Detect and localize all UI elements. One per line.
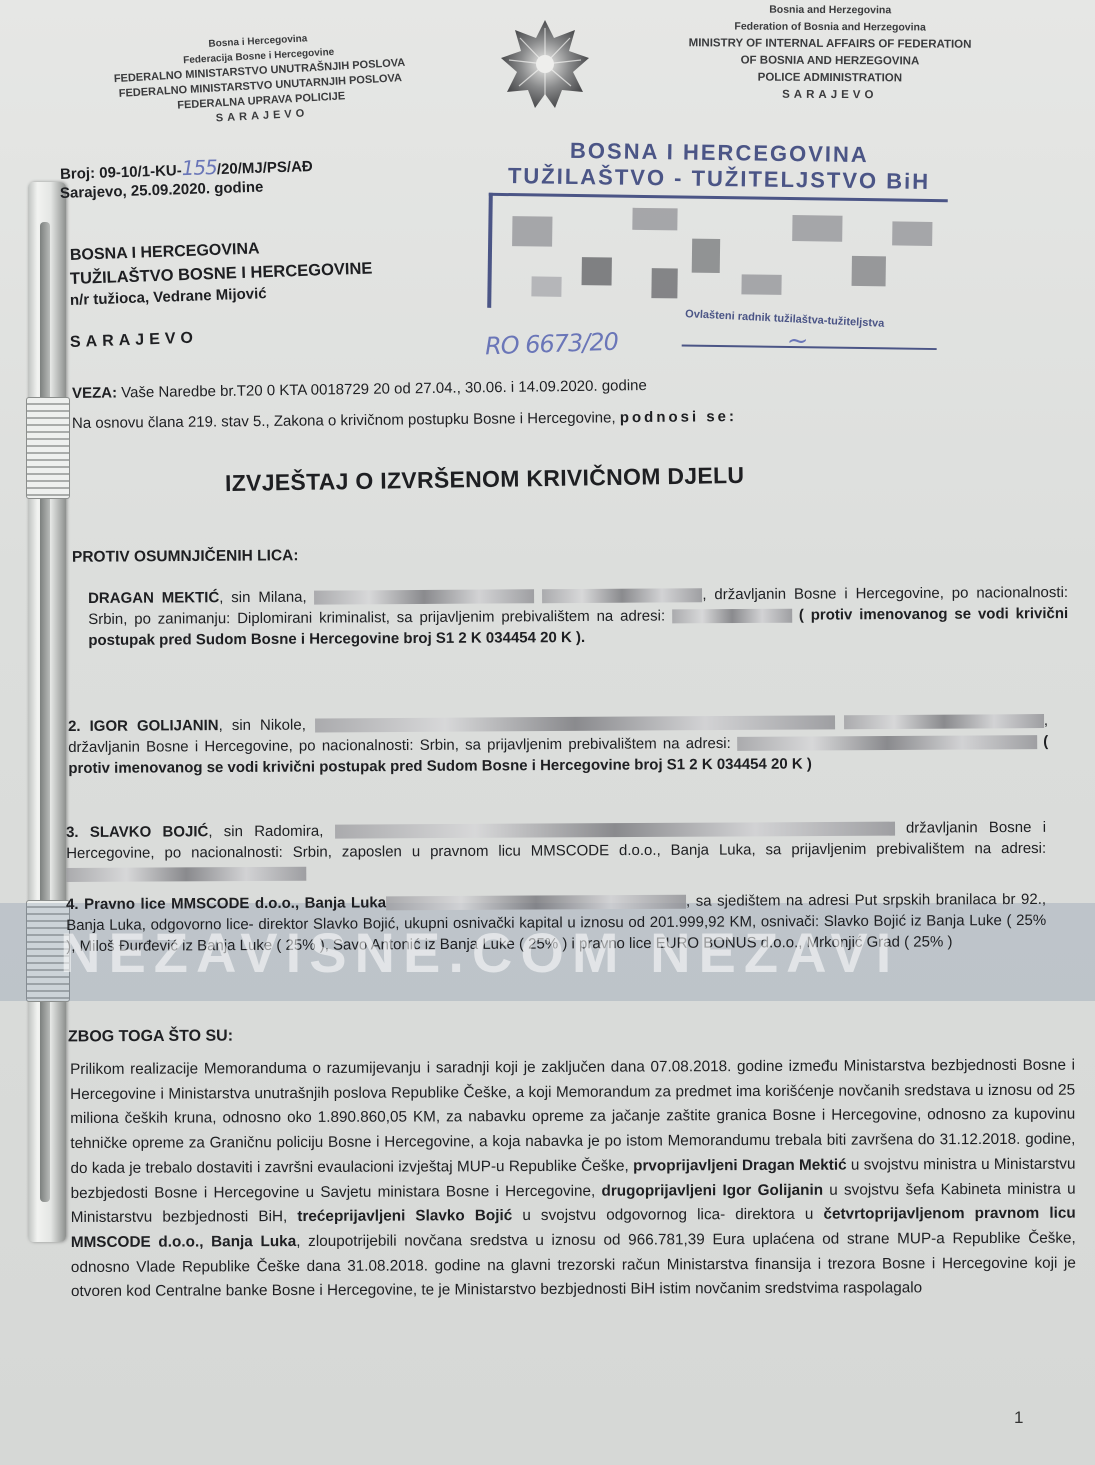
redacted-block bbox=[737, 735, 1037, 751]
suspect-entry: 2. IGOR GOLIJANIN, sin Nikole, , državlj… bbox=[68, 710, 1048, 779]
police-star-emblem-icon bbox=[497, 18, 593, 110]
redacted-block bbox=[66, 867, 306, 882]
reference-text: Vaše Naredbe br.T20 0 KTA 0018729 20 od … bbox=[117, 377, 647, 401]
signature-mark: ~ bbox=[787, 326, 809, 356]
letterhead-right: Bosnia and Herzegovina Federation of Bos… bbox=[630, 1, 1031, 105]
paragraph-bold: drugoprijavljeni Igor Golijanin bbox=[601, 1181, 823, 1199]
stamp-title: TUŽILAŠTVO - TUŽITELJSTVO BiH bbox=[489, 163, 949, 195]
letterhead-right-line: MINISTRY OF INTERNAL AFFAIRS OF FEDERATI… bbox=[630, 35, 1030, 54]
suspect-number: 4. bbox=[66, 896, 79, 913]
letterhead-right-line: Federation of Bosnia and Herzegovina bbox=[630, 18, 1030, 37]
suspect-name: Pravno lice MMSCODE d.o.o., Banja Luka bbox=[84, 894, 386, 913]
letterhead-left: Bosna i Hercegovina Federacija Bosne i H… bbox=[48, 22, 472, 135]
reference-prefix: Broj: 09-10/1-KU- bbox=[60, 162, 182, 183]
suspect-name: SLAVKO BOJIĆ bbox=[90, 823, 209, 841]
handwritten-number: 155 bbox=[181, 155, 217, 180]
signature-line bbox=[682, 345, 937, 351]
redacted-block bbox=[315, 715, 835, 732]
clip-grip-top bbox=[26, 397, 70, 499]
legal-basis-line: Na osnovu člana 219. stav 5., Zakona o k… bbox=[72, 408, 737, 432]
stamp-redacted-area bbox=[487, 193, 948, 314]
suspects-heading: PROTIV OSUMNJIČENIH LICA: bbox=[72, 547, 299, 567]
redacted-block bbox=[844, 714, 1044, 729]
document-binder-clip bbox=[22, 182, 72, 1242]
letterhead-right-line: Bosnia and Herzegovina bbox=[630, 1, 1030, 20]
paragraph-text: u svojstvu odgovornog lica- direktora u bbox=[512, 1206, 823, 1224]
document-title: IZVJEŠTAJ O IZVRŠENOM KRIVIČNOM DJELU bbox=[225, 462, 745, 497]
clip-groove bbox=[40, 222, 50, 1202]
suspect-name: IGOR GOLIJANIN bbox=[90, 717, 219, 735]
reference-suffix: /20/MJ/PS/AĐ bbox=[217, 158, 313, 178]
page-number: 1 bbox=[1014, 1408, 1023, 1428]
suspect-details: , sin Milana, bbox=[219, 589, 314, 607]
redacted-block bbox=[672, 609, 792, 624]
suspect-number: 2. bbox=[68, 718, 81, 735]
reference-number: Broj: 09-10/1-KU-155/20/MJ/PS/AĐ bbox=[60, 152, 313, 184]
letterhead-right-line: OF BOSNIA AND HERZEGOVINA bbox=[630, 52, 1030, 71]
paragraph-bold: prvoprijavljeni Dragan Mektić bbox=[633, 1156, 847, 1174]
recipient-city: SARAJEVO bbox=[70, 328, 199, 354]
handwritten-registry-number: RO 6673/20 bbox=[485, 328, 619, 361]
redacted-block bbox=[386, 895, 686, 911]
main-paragraph: Prilikom realizacije Memoranduma o razum… bbox=[70, 1054, 1076, 1305]
watermark-text: NEZAVISNE.COM NEZAVI bbox=[60, 920, 899, 985]
suspect-details: , sin Nikole, bbox=[219, 716, 315, 734]
letterhead-right-line: SARAJEVO bbox=[630, 86, 1030, 105]
suspect-number: 3. bbox=[66, 824, 79, 841]
redacted-block bbox=[542, 588, 702, 603]
legal-basis-submit: podnosi se: bbox=[620, 408, 737, 426]
legal-basis-text: Na osnovu člana 219. stav 5., Zakona o k… bbox=[72, 409, 620, 432]
suspect-entry: 3. SLAVKO BOJIĆ, sin Radomira, državljan… bbox=[66, 817, 1046, 885]
reference-line: VEZA: Vaše Naredbe br.T20 0 KTA 0018729 … bbox=[72, 377, 647, 402]
redacted-block bbox=[314, 589, 534, 604]
paragraph-bold: trećeprijavljeni Slavko Bojić bbox=[297, 1207, 512, 1225]
suspect-entry: DRAGAN MEKTIĆ, sin Milana, , državljanin… bbox=[88, 582, 1068, 651]
suspect-details: , sin Radomira, bbox=[208, 823, 334, 841]
reasons-heading: ZBOG TOGA ŠTO SU: bbox=[68, 1028, 233, 1047]
redacted-block bbox=[335, 822, 895, 839]
letterhead-right-line: POLICE ADMINISTRATION bbox=[630, 69, 1030, 88]
suspect-name: DRAGAN MEKTIĆ bbox=[88, 589, 219, 607]
reference-label: VEZA: bbox=[72, 384, 117, 402]
